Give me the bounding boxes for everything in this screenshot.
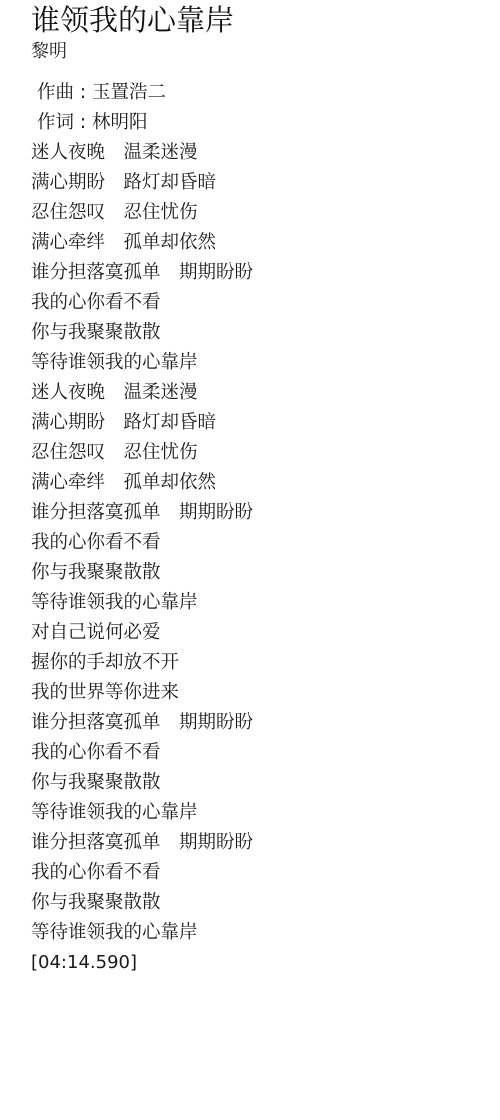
- lyric-line: 我的心你看不看: [31, 288, 500, 318]
- artist-name: 黎明: [31, 39, 500, 65]
- lyric-line: 谁分担落寞孤单 期期盼盼: [31, 708, 500, 738]
- lyric-line: 谁分担落寞孤单 期期盼盼: [31, 828, 500, 858]
- song-title: 谁领我的心靠岸: [31, 1, 500, 39]
- lyric-line: 迷人夜晚 温柔迷漫: [31, 138, 500, 168]
- lyrics-body: 作曲 : 玉置浩二 作词 : 林明阳 迷人夜晚 温柔迷漫 满心期盼 路灯却昏暗 …: [31, 78, 500, 978]
- composer-credit: 作曲 : 玉置浩二: [31, 78, 500, 108]
- lyrics-page: 谁领我的心靠岸 黎明 作曲 : 玉置浩二 作词 : 林明阳 迷人夜晚 温柔迷漫 …: [31, 0, 500, 978]
- lyric-line: 满心牵绊 孤单却依然: [31, 468, 500, 498]
- lyric-line: 忍住怨叹 忍住忧伤: [31, 198, 500, 228]
- lyric-line: 迷人夜晚 温柔迷漫: [31, 378, 500, 408]
- lyric-line: 握你的手却放不开: [31, 648, 500, 678]
- lyric-line: 等待谁领我的心靠岸: [31, 798, 500, 828]
- lyric-line: 谁分担落寞孤单 期期盼盼: [31, 498, 500, 528]
- lyric-line: 我的世界等你进来: [31, 678, 500, 708]
- lyric-line: 对自己说何必爱: [31, 618, 500, 648]
- lyric-line: 满心期盼 路灯却昏暗: [31, 408, 500, 438]
- lyric-line: 你与我聚聚散散: [31, 768, 500, 798]
- lyricist-credit: 作词 : 林明阳: [31, 108, 500, 138]
- lyric-line: 等待谁领我的心靠岸: [31, 918, 500, 948]
- lyric-line: 我的心你看不看: [31, 738, 500, 768]
- lyric-line: 等待谁领我的心靠岸: [31, 348, 500, 378]
- lyric-line: 你与我聚聚散散: [31, 558, 500, 588]
- lyric-line: 满心牵绊 孤单却依然: [31, 228, 500, 258]
- lyric-line: 等待谁领我的心靠岸: [31, 588, 500, 618]
- lyric-line: 满心期盼 路灯却昏暗: [31, 168, 500, 198]
- lyric-line: 你与我聚聚散散: [31, 318, 500, 348]
- lyric-line: 我的心你看不看: [31, 858, 500, 888]
- lyric-line: 忍住怨叹 忍住忧伤: [31, 438, 500, 468]
- end-timestamp: [04:14.590]: [31, 948, 500, 978]
- lyric-line: 我的心你看不看: [31, 528, 500, 558]
- lyric-line: 你与我聚聚散散: [31, 888, 500, 918]
- lyric-line: 谁分担落寞孤单 期期盼盼: [31, 258, 500, 288]
